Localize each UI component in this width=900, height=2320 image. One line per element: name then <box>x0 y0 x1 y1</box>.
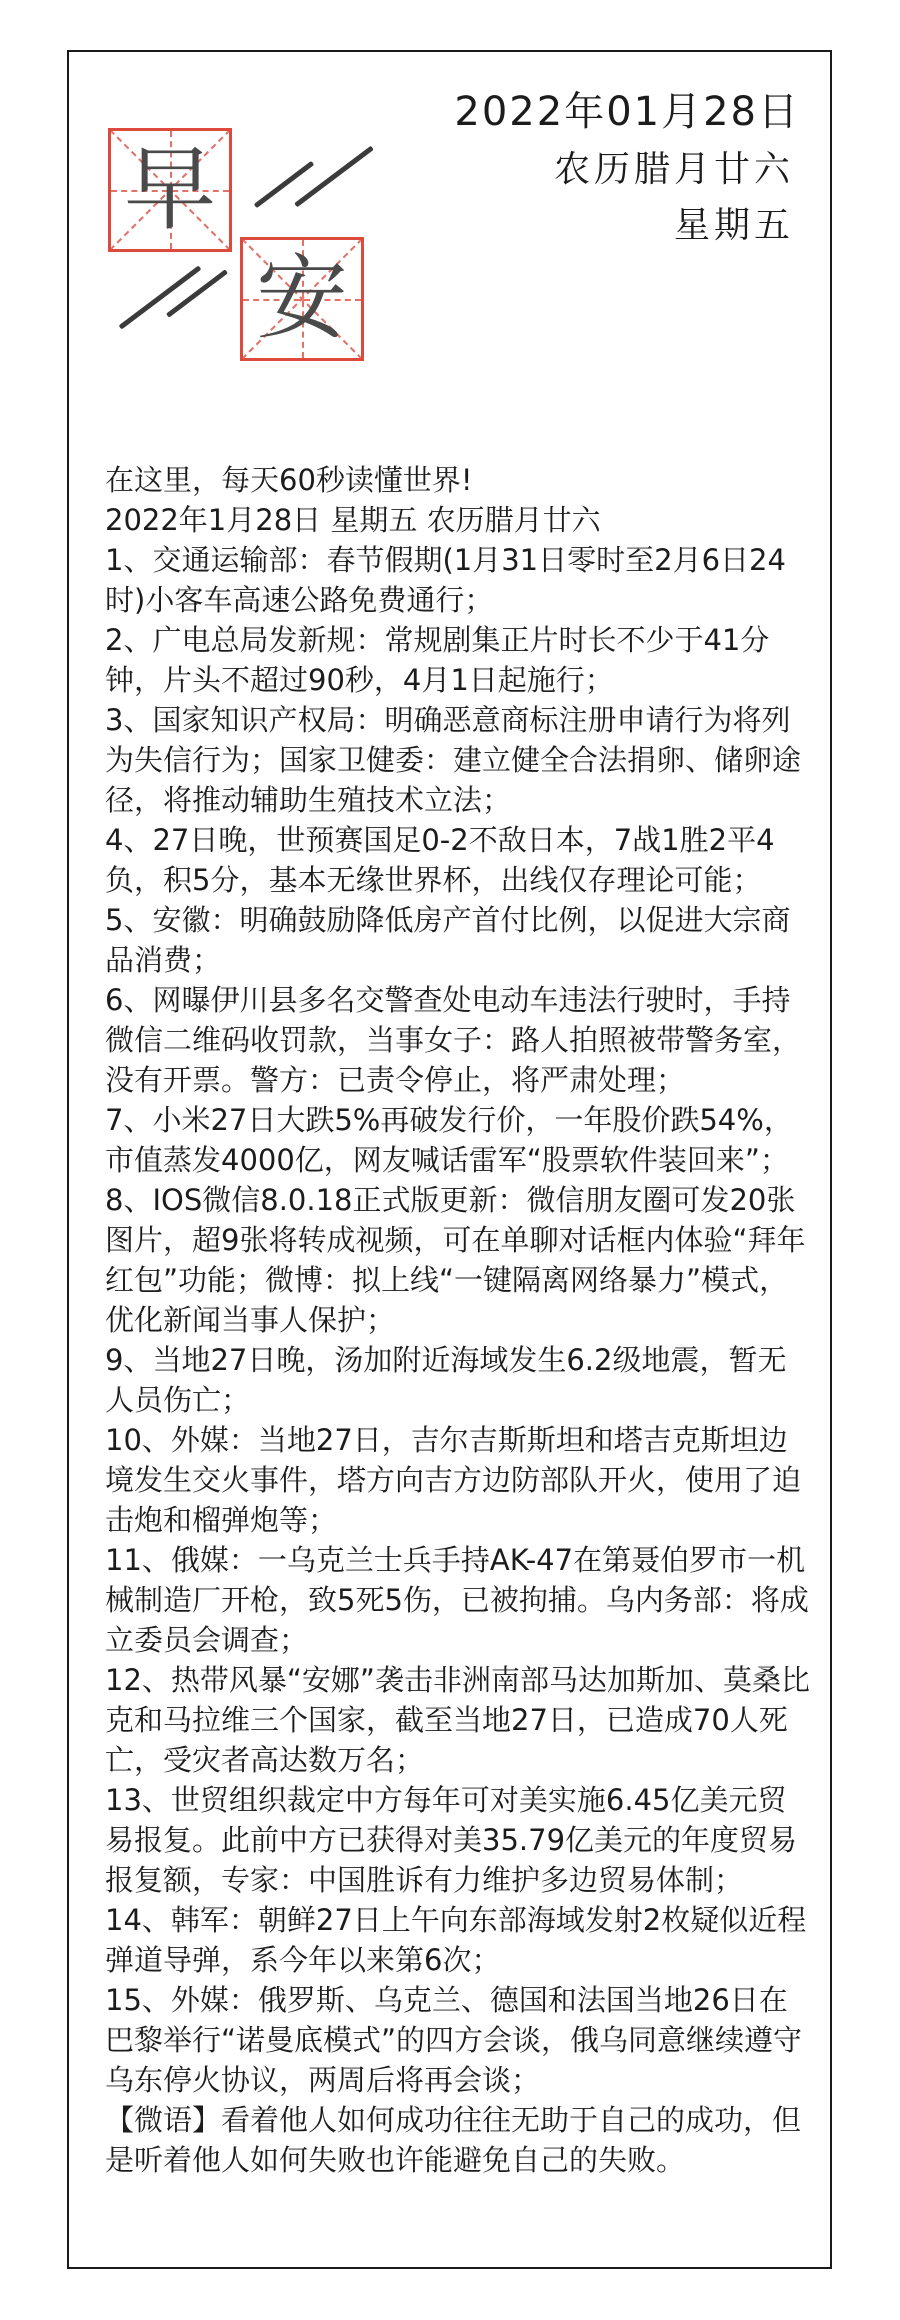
news-item-2: 2、广电总局发新规：常规剧集正片时长不少于41分钟，片头不超过90秒，4月1日起… <box>105 620 811 700</box>
morning-news-poster: 早 安 2022年01月28日 农历腊月廿六 星期五 在这里，每天60秒读懂世界… <box>0 0 900 2320</box>
news-item-12: 12、热带风暴“安娜”袭击非洲南部马达加斯加、莫桑比克和马拉维三个国家，截至当地… <box>105 1660 811 1780</box>
logo-char-box-an: 安 <box>240 237 364 361</box>
news-item-4: 4、27日晚，世预赛国足0-2不敌日本，7战1胜2平4负，积5分，基本无缘世界杯… <box>105 820 811 900</box>
news-item-1: 1、交通运输部：春节假期(1月31日零时至2月6日24时)小客车高速公路免费通行… <box>105 540 811 620</box>
news-item-13: 13、世贸组织裁定中方每年可对美实施6.45亿美元贸易报复。此前中方已获得对美3… <box>105 1780 811 1900</box>
logo-char-box-zao: 早 <box>108 128 232 252</box>
news-item-5: 5、安徽：明确鼓励降低房产首付比例，以促进大宗商品消费； <box>105 900 811 980</box>
logo-char-an: 安 <box>256 253 348 345</box>
news-item-11: 11、俄媒：一乌克兰士兵手持AK-47在第聂伯罗市一机械制造厂开枪，致5死5伤，… <box>105 1540 811 1660</box>
date-lunar: 农历腊月廿六 <box>320 152 800 188</box>
news-item-10: 10、外媒：当地27日，吉尔吉斯斯坦和塔吉克斯坦边境发生交火事件，塔方向吉方边防… <box>105 1420 811 1540</box>
weiyu-quote: 【微语】看着他人如何成功往往无助于自己的成功，但是听着他人如何失败也许能避免自己… <box>105 2100 811 2180</box>
date-line: 2022年1月28日 星期五 农历腊月廿六 <box>105 500 811 540</box>
news-item-6: 6、网曝伊川县多名交警查处电动车违法行驶时，手持微信二维码收罚款，当事女子：路人… <box>105 980 811 1100</box>
news-item-8: 8、IOS微信8.0.18正式版更新：微信朋友圈可发20张图片，超9张将转成视频… <box>105 1180 811 1340</box>
news-item-14: 14、韩军：朝鲜27日上午向东部海域发射2枚疑似近程弹道导弹，系今年以来第6次； <box>105 1900 811 1980</box>
date-gregorian: 2022年01月28日 <box>320 92 800 132</box>
date-weekday: 星期五 <box>320 208 800 244</box>
intro-line: 在这里，每天60秒读懂世界! <box>105 460 811 500</box>
logo-char-zao: 早 <box>124 144 216 236</box>
news-item-3: 3、国家知识产权局：明确恶意商标注册申请行为将列为失信行为；国家卫健委：建立健全… <box>105 700 811 820</box>
news-item-15: 15、外媒：俄罗斯、乌克兰、德国和法国当地26日在巴黎举行“诺曼底模式”的四方会… <box>105 1980 811 2100</box>
header-date-block: 2022年01月28日 农历腊月廿六 星期五 <box>320 92 800 244</box>
news-item-7: 7、小米27日大跌5%再破发行价，一年股价跌54%，市值蒸发4000亿，网友喊话… <box>105 1100 811 1180</box>
news-item-9: 9、当地27日晚，汤加附近海域发生6.2级地震，暂无人员伤亡； <box>105 1340 811 1420</box>
news-body: 在这里，每天60秒读懂世界! 2022年1月28日 星期五 农历腊月廿六 1、交… <box>105 460 811 2180</box>
